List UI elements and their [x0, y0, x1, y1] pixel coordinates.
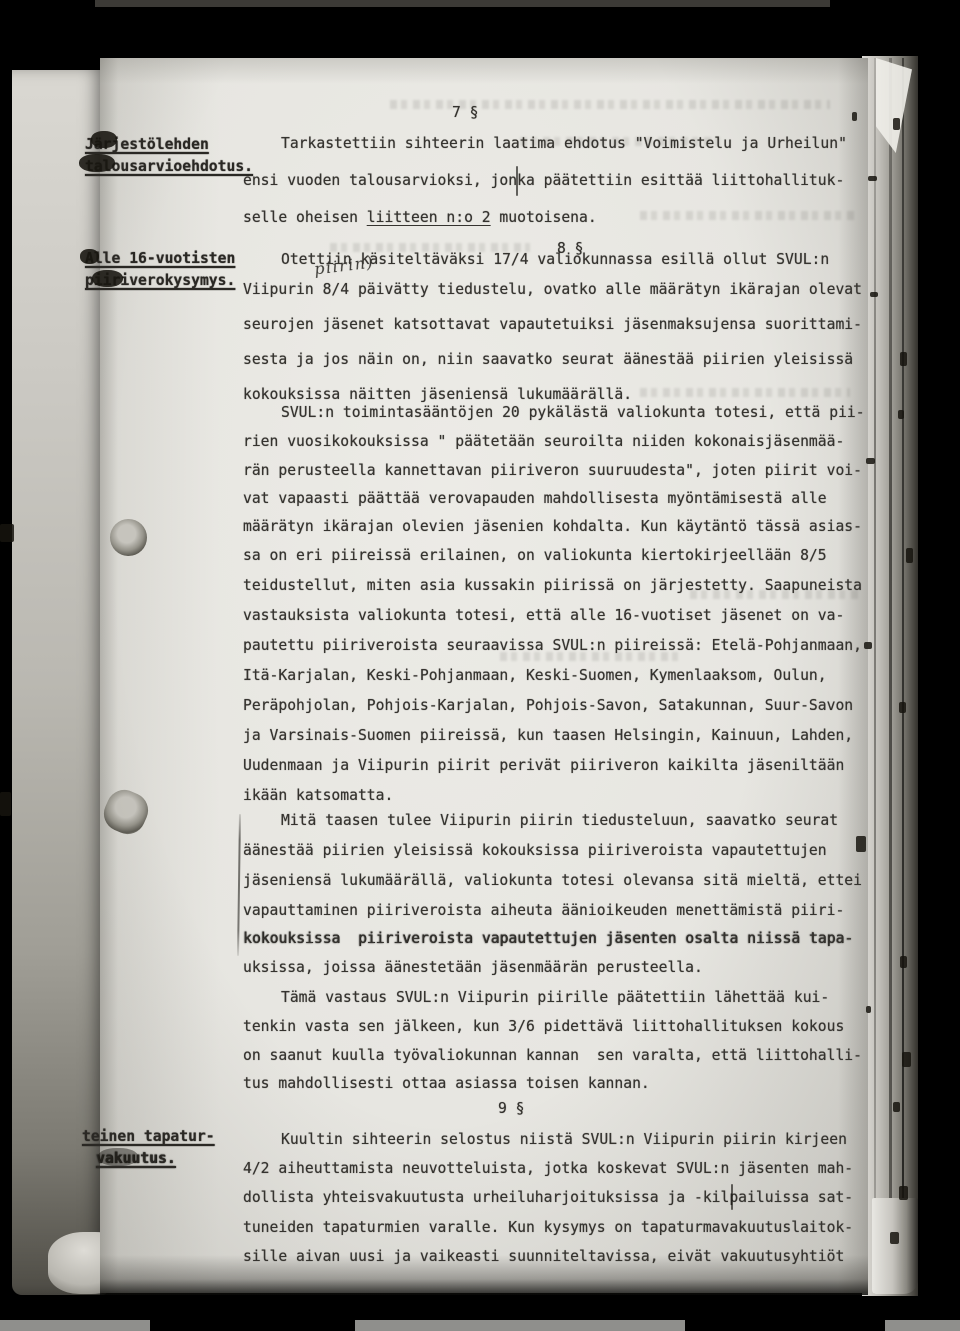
pen-stroke: [516, 166, 518, 196]
pen-stroke: [731, 1184, 733, 1210]
text-line: dollista yhteisvakuutusta urheiluharjoit…: [243, 1188, 853, 1208]
ink-speck: [899, 702, 906, 713]
bleed-through-text: [640, 388, 850, 397]
text-segment: muotoisena.: [491, 209, 597, 226]
photo-top-edge: [95, 0, 830, 7]
margin-note-line: teinen tapatur-: [82, 1128, 215, 1145]
photo-bottom-edge: [355, 1320, 685, 1331]
text-line: äänestää piirien yleisissä kokouksissa p…: [243, 841, 827, 861]
text-line: vat vapaasti päättää verovapauden mahdol…: [243, 489, 827, 509]
text-line: teidustellut, miten asia kussakin piiris…: [243, 576, 862, 596]
text-line: SVUL:n toimintasääntöjen 20 pykälästä va…: [281, 403, 865, 423]
text-line: sille aivan uusi ja vaikeasti suunnitelt…: [243, 1247, 844, 1267]
bleed-through-text: [640, 211, 855, 220]
underlined-attachment-reference: liitteen n:o 2: [367, 209, 491, 226]
binding-crease: [902, 58, 904, 1294]
photo-bottom-edge: [885, 1320, 960, 1331]
text-segment: selle oheisen: [243, 209, 367, 226]
text-line: tuneiden tapaturmien varalle. Kun kysymy…: [243, 1218, 853, 1238]
ink-speck: [893, 1102, 900, 1112]
text-line: Tämä vastaus SVUL:n Viipurin piirille pä…: [281, 988, 829, 1008]
text-line: vastauksista valiokunta totesi, että all…: [243, 606, 844, 626]
ink-speck: [864, 642, 872, 649]
text-line: vapauttaminen piiriveroista aiheuta ääni…: [243, 901, 844, 921]
punch-hole: [110, 519, 147, 556]
ink-speck: [900, 352, 907, 366]
text-line: pautettu piiriveroista seuraavissa SVUL:…: [243, 636, 862, 656]
ink-speck: [852, 112, 857, 121]
ink-blot: [79, 154, 115, 172]
ink-speck: [906, 548, 913, 563]
text-line: Uudenmaan ja Viipurin piirit perivät pii…: [243, 756, 844, 776]
ink-blot: [98, 1148, 138, 1166]
text-line: sa on eri piireissä erilainen, on valiok…: [243, 546, 827, 566]
ink-speck: [870, 292, 878, 297]
ink-blot: [80, 249, 99, 264]
text-line: 4/2 aiheuttamista neuvotteluista, jotka …: [243, 1159, 853, 1179]
ink-speck: [866, 458, 875, 464]
text-line: Viipurin 8/4 päivätty tiedustelu, ovatko…: [243, 280, 862, 300]
text-line: Mitä taasen tulee Viipurin piirin tiedus…: [281, 811, 838, 831]
text-line: uksissa, joissa äänestetään jäsenmäärän …: [243, 958, 703, 978]
ink-blot: [91, 131, 117, 148]
text-line: rän perusteella kannettavan piiriveron s…: [243, 461, 862, 481]
photo-bottom-edge: [0, 1320, 150, 1331]
text-line: tus mahdollisesti ottaa asiassa toisen k…: [243, 1074, 650, 1094]
ink-speck: [902, 1052, 911, 1067]
ink-speck: [0, 524, 14, 542]
section-heading-7: 7 §: [452, 104, 479, 121]
ink-speck: [866, 1006, 871, 1013]
text-line: ja Varsinais-Suomen piireissä, kun taase…: [243, 726, 853, 746]
text-line: jäseniensä lukumäärällä, valiokunta tote…: [243, 871, 862, 891]
text-line: Itä-Karjalan, Keski-Pohjanmaan, Keski-Su…: [243, 666, 827, 686]
binding-crease: [889, 58, 892, 1294]
text-line: Kuultin sihteerin selostus niistä SVUL:n…: [281, 1130, 847, 1150]
text-line: tenkin vasta sen jälkeen, kun 3/6 pidett…: [243, 1017, 844, 1037]
ink-speck: [893, 118, 900, 130]
text-line: selle oheisen liitteen n:o 2 muotoisena.: [243, 208, 597, 228]
margin-note-line: Alle 16-vuotisten: [85, 250, 235, 267]
section-heading-9: 9 §: [498, 1100, 525, 1117]
text-line: on saanut kuulla työvaliokunnan kannan s…: [243, 1046, 862, 1066]
ink-speck: [868, 176, 877, 181]
text-line: kokouksissa piiriveroista vapautettujen …: [243, 929, 853, 949]
ink-blot: [92, 270, 123, 287]
text-line: ensi vuoden talousarvioksi, jonka päätet…: [243, 171, 844, 191]
ink-speck: [890, 1232, 899, 1244]
text-line: rien vuosikokouksissa " päätetään seuroi…: [243, 432, 844, 452]
text-line: Peräpohjolan, Pohjois-Karjalan, Pohjois-…: [243, 696, 853, 716]
text-line: seurojen jäsenet katsottavat vapautetuik…: [243, 315, 862, 335]
page-bottom-right-curl: [872, 1198, 918, 1294]
ink-speck: [898, 410, 904, 419]
text-line: kokouksissa näitten jäseniensä lukumäärä…: [243, 385, 632, 405]
text-line: Tarkastettiin sihteerin laatima ehdotus …: [281, 134, 847, 154]
ink-speck: [0, 792, 11, 816]
text-line: Otettiin käsiteltäväksi 17/4 valiokunnas…: [281, 250, 829, 270]
binding-crease: [874, 58, 876, 1294]
ink-speck: [899, 1186, 908, 1200]
ink-speck: [900, 956, 907, 968]
text-line: ikään katsomatta.: [243, 786, 393, 806]
ink-speck: [856, 836, 866, 852]
text-line: määrätyn ikärajan olevien jäsenien kohda…: [243, 517, 862, 537]
text-line: sesta ja jos näin on, niin saavatko seur…: [243, 350, 853, 370]
